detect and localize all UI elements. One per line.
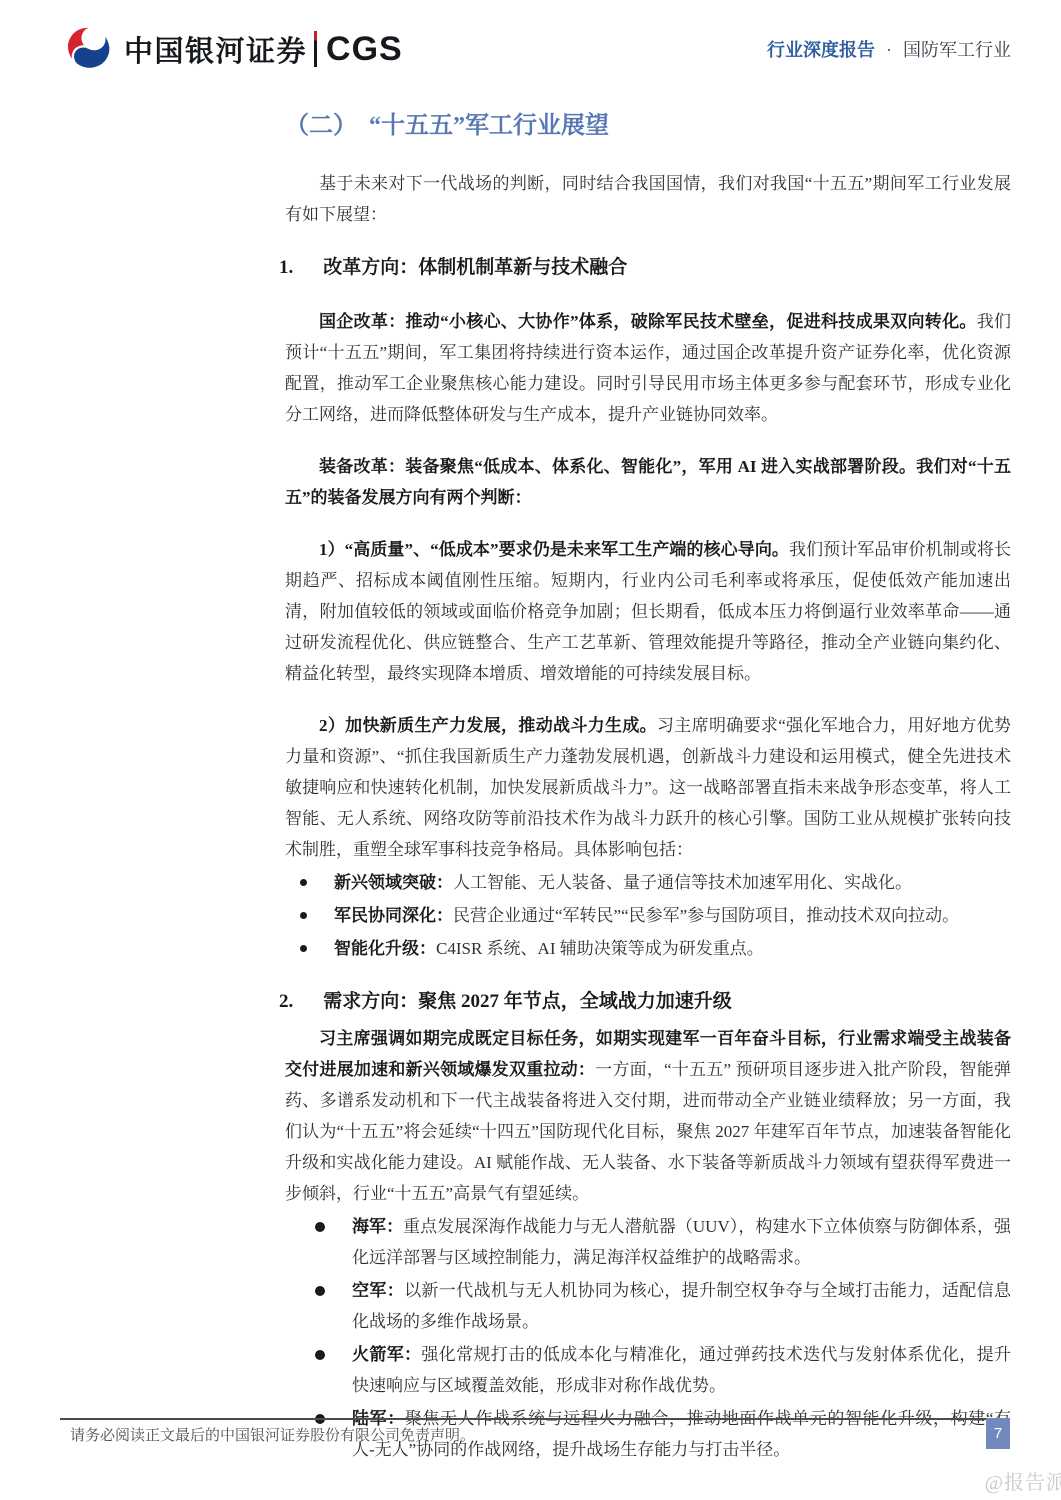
paragraph-soe-reform: 国企改革：推动“小核心、大协作”体系，破除军民技术壁垒，促进科技成果双向转化。我… (285, 306, 1011, 430)
list-item: 火箭军：强化常规打击的低成本化与精准化，通过弹药技术迭代与发射体系优化，提升快速… (285, 1339, 1011, 1401)
list-item-text: 智能化升级：C4ISR 系统、AI 辅助决策等成为研发重点。 (334, 933, 1011, 964)
watermark: @报告派 (985, 1466, 1061, 1495)
paragraph-judgment-2: 2）加快新质生产力发展，推动战斗力生成。习主席明确要求“强化军地合力，用好地方优… (285, 710, 1011, 865)
brand-name-cn: 中国银河证券 (124, 29, 307, 70)
list-item: 空军：以新一代战机与无人机协同为核心，提升制空权争夺与全域打击能力，适配信息化战… (285, 1275, 1011, 1337)
list-item-body: 以新一代战机与无人机协同为核心，提升制空权争夺与全域打击能力，适配信息化战场的多… (352, 1281, 1011, 1331)
list-item-lead: 智能化升级： (334, 939, 436, 958)
bullet-icon (315, 1222, 325, 1232)
report-page: 中国银河证券 CGS 行业深度报告 · 国防军工行业 （二） “十五五”军工行业… (0, 0, 1061, 1500)
list-item-text: 军民协同深化：民营企业通过“军转民”“民参军”参与国防项目，推动技术双向拉动。 (334, 900, 1011, 931)
section-title: （二） “十五五”军工行业展望 (285, 110, 1011, 142)
galaxy-swirl-icon (62, 26, 114, 72)
paragraph-judgment-1-lead: 1）“高质量”、“低成本”要求仍是未来军工生产端的核心导向。 (319, 540, 789, 559)
bullet-icon (315, 1286, 325, 1296)
intro-paragraph: 基于未来对下一代战场的判断，同时结合我国国情，我们对我国“十五五”期间军工行业发… (285, 168, 1011, 230)
list-item-body: C4ISR 系统、AI 辅助决策等成为研发重点。 (436, 939, 764, 958)
list-item-text: 海军：重点发展深海作战能力与无人潜航器（UUV），构建水下立体侦察与防御体系，强… (352, 1211, 1011, 1273)
bullet-icon (315, 1350, 325, 1360)
paragraph-soe-lead: 国企改革：推动“小核心、大协作”体系，破除军民技术壁垒，促进科技成果双向转化。 (319, 312, 977, 331)
bullet-icon (300, 912, 307, 919)
bullet-icon (300, 945, 307, 952)
list-item-lead: 新兴领域突破： (334, 873, 453, 892)
paragraph-equipment-reform: 装备改革：装备聚焦“低成本、体系化、智能化”，军用 AI 进入实战部署阶段。我们… (285, 451, 1011, 513)
list-item-text: 空军：以新一代战机与无人机协同为核心，提升制空权争夺与全域打击能力，适配信息化战… (352, 1275, 1011, 1337)
document-body: （二） “十五五”军工行业展望 基于未来对下一代战场的判断，同时结合我国国情，我… (285, 110, 1011, 1467)
brand-name-en: CGS (326, 30, 403, 69)
list-item-lead: 海军： (352, 1217, 403, 1236)
brand-divider (314, 31, 317, 67)
impact-list: 新兴领域突破：人工智能、无人装备、量子通信等技术加速军用化、实战化。 军民协同深… (285, 867, 1011, 964)
list-item: 新兴领域突破：人工智能、无人装备、量子通信等技术加速军用化、实战化。 (285, 867, 1011, 898)
industry-label: 国防军工行业 (903, 36, 1011, 62)
heading-1: 1.改革方向：体制机制革新与技术融合 (279, 255, 1011, 281)
paragraph-judgment-1-body: 我们预计军品审价机制或将长期趋严、招标成本阈值刚性压缩。短期内，行业内公司毛利率… (285, 540, 1011, 683)
heading-1-text: 改革方向：体制机制革新与技术融合 (323, 257, 627, 278)
bullet-icon (300, 879, 307, 886)
header-separator-dot: · (886, 40, 892, 61)
report-type-header: 行业深度报告 · 国防军工行业 (767, 36, 1011, 62)
report-type-label: 行业深度报告 (767, 36, 875, 62)
paragraph-judgment-2-lead: 2）加快新质生产力发展，推动战斗力生成。 (319, 716, 657, 735)
list-item-body: 重点发展深海作战能力与无人潜航器（UUV），构建水下立体侦察与防御体系，强化远洋… (352, 1217, 1011, 1267)
paragraph-judgment-2-body: 习主席明确要求“强化军地合力，用好地方优势力量和资源”、“抓住我国新质生产力蓬勃… (285, 716, 1011, 859)
page-number-badge: 7 (986, 1418, 1010, 1449)
heading-1-number: 1. (279, 257, 293, 278)
list-item-text: 新兴领域突破：人工智能、无人装备、量子通信等技术加速军用化、实战化。 (334, 867, 1011, 898)
paragraph-demand: 习主席强调如期完成既定目标任务，如期实现建军一百年奋斗目标，行业需求端受主战装备… (285, 1023, 1011, 1209)
paragraph-judgment-1: 1）“高质量”、“低成本”要求仍是未来军工生产端的核心导向。我们预计军品审价机制… (285, 534, 1011, 689)
page-header: 中国银河证券 CGS 行业深度报告 · 国防军工行业 (62, 26, 1011, 72)
list-item: 海军：重点发展深海作战能力与无人潜航器（UUV），构建水下立体侦察与防御体系，强… (285, 1211, 1011, 1273)
list-item-lead: 火箭军： (352, 1345, 421, 1364)
list-item: 军民协同深化：民营企业通过“军转民”“民参军”参与国防项目，推动技术双向拉动。 (285, 900, 1011, 931)
paragraph-equipment-lead: 装备改革：装备聚焦“低成本、体系化、智能化”，军用 AI 进入实战部署阶段。我们… (285, 457, 1011, 507)
heading-2: 2.需求方向：聚焦 2027 年节点，全域战力加速升级 (279, 989, 1011, 1015)
brand-logo: 中国银河证券 CGS (62, 26, 403, 72)
list-item-lead: 军民协同深化： (334, 906, 453, 925)
list-item-body: 强化常规打击的低成本化与精准化，通过弹药技术迭代与发射体系优化，提升快速响应与区… (352, 1345, 1011, 1395)
list-item: 智能化升级：C4ISR 系统、AI 辅助决策等成为研发重点。 (285, 933, 1011, 964)
list-item-body: 民营企业通过“军转民”“民参军”参与国防项目，推动技术双向拉动。 (453, 906, 959, 925)
footer-divider (60, 1418, 986, 1420)
heading-2-text: 需求方向：聚焦 2027 年节点，全域战力加速升级 (323, 991, 732, 1012)
list-item-text: 火箭军：强化常规打击的低成本化与精准化，通过弹药技术迭代与发射体系优化，提升快速… (352, 1339, 1011, 1401)
paragraph-demand-body: 一方面，“十五五” 预研项目逐步进入批产阶段，智能弹药、多谱系发动机和下一代主战… (285, 1060, 1011, 1203)
intro-text: 基于未来对下一代战场的判断，同时结合我国国情，我们对我国“十五五”期间军工行业发… (285, 174, 1011, 224)
footer-disclaimer: 请务必阅读正文最后的中国银河证券股份有限公司免责声明。 (70, 1424, 475, 1445)
list-item-lead: 空军： (352, 1281, 404, 1300)
list-item-body: 人工智能、无人装备、量子通信等技术加速军用化、实战化。 (453, 873, 912, 892)
heading-2-number: 2. (279, 991, 293, 1012)
